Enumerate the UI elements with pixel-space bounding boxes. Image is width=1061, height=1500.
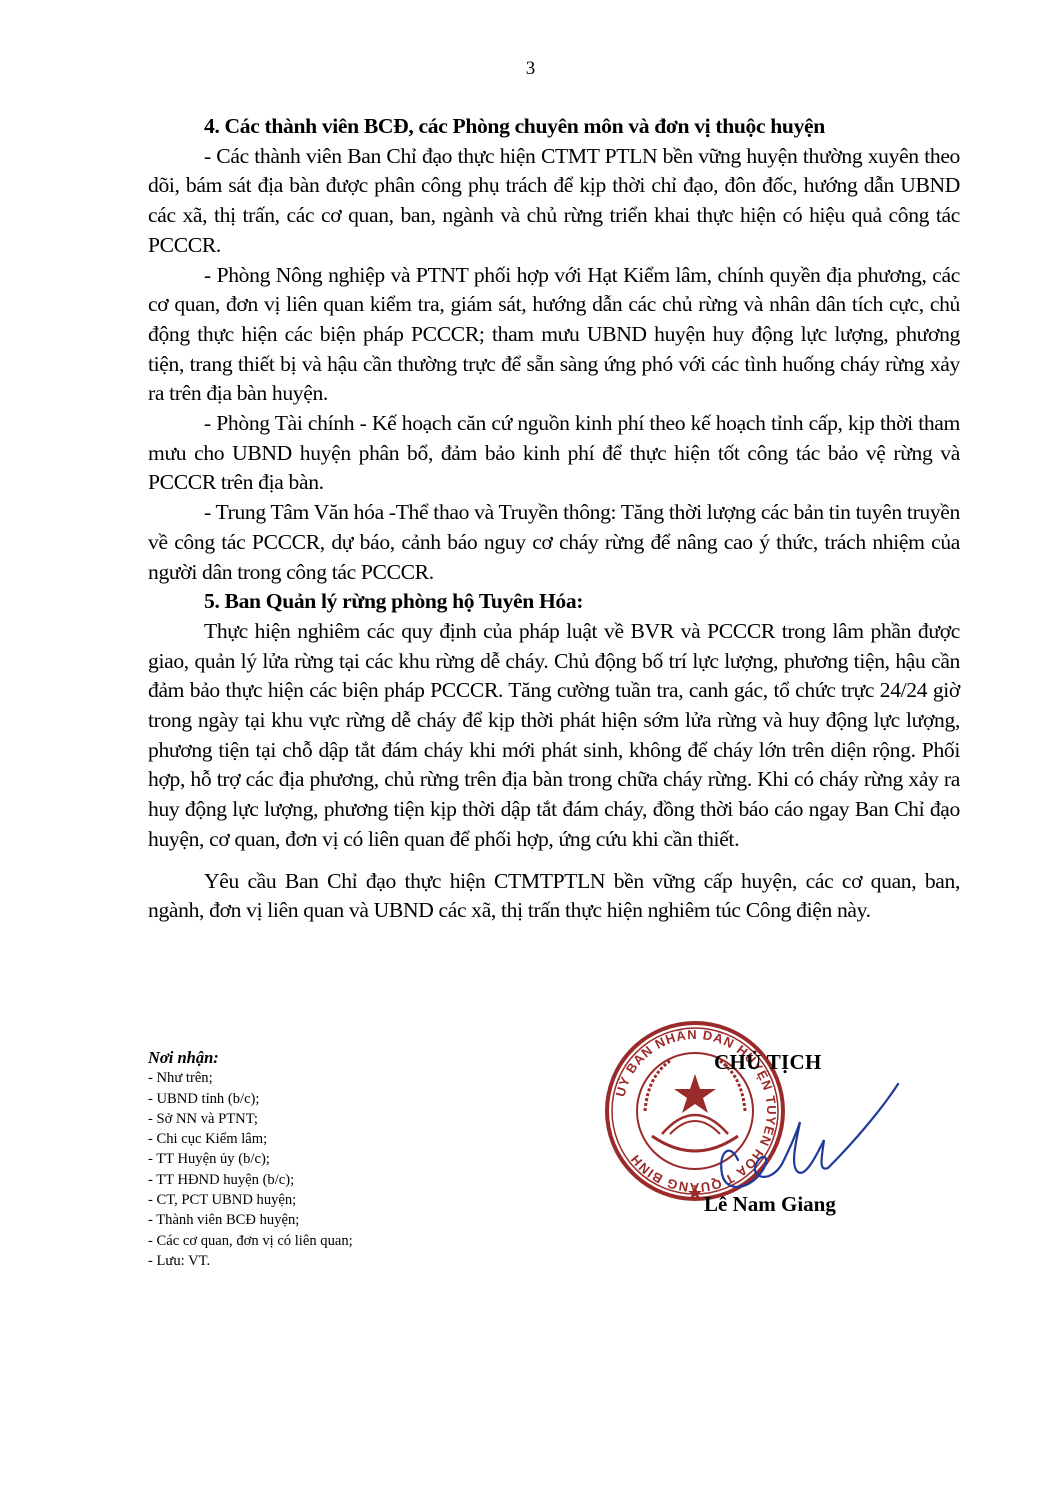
section-4-heading: 4. Các thành viên BCĐ, các Phòng chuyên … [148,112,960,142]
recipient-item: - Như trên; [148,1068,353,1088]
section-4-paragraph: - Các thành viên Ban Chỉ đạo thực hiện C… [148,142,960,261]
signer-title: CHỦ TỊCH [714,1050,822,1075]
recipient-item: - TT HĐND huyện (b/c); [148,1170,353,1190]
recipient-item: - Sở NN và PTNT; [148,1109,353,1129]
section-4-paragraph: - Phòng Tài chính - Kế hoạch căn cứ nguồ… [148,409,960,498]
section-5-paragraph: Thực hiện nghiêm các quy định của pháp l… [148,617,960,855]
recipient-item: - Các cơ quan, đơn vị có liên quan; [148,1231,353,1251]
section-4-paragraph: - Trung Tâm Văn hóa -Thể thao và Truyền … [148,498,960,587]
page-number: 3 [0,58,1061,80]
signature-block: UỶ BAN NHÂN DÂN HUYỆN TUYÊN HÓA T.QUẢNG … [600,1012,900,1232]
handwritten-signature-icon [700,1082,900,1202]
recipient-item: - TT Huyện ủy (b/c); [148,1149,353,1169]
section-4-paragraph: - Phòng Nông nghiệp và PTNT phối hợp với… [148,261,960,410]
document-body: 4. Các thành viên BCĐ, các Phòng chuyên … [148,112,960,926]
recipient-item: - CT, PCT UBND huyện; [148,1190,353,1210]
recipient-item: - Chi cục Kiểm lâm; [148,1129,353,1149]
recipients-title: Nơi nhận: [148,1048,353,1068]
closing-paragraph: Yêu cầu Ban Chỉ đạo thực hiện CTMTPTLN b… [148,867,960,926]
signer-name: Lê Nam Giang [704,1192,836,1217]
recipient-item: - UBND tỉnh (b/c); [148,1089,353,1109]
recipient-item: - Lưu: VT. [148,1251,353,1271]
recipients-list: Nơi nhận: - Như trên; - UBND tỉnh (b/c);… [148,1048,353,1271]
section-5-heading: 5. Ban Quản lý rừng phòng hộ Tuyên Hóa: [148,587,960,617]
recipient-item: - Thành viên BCĐ huyện; [148,1210,353,1230]
